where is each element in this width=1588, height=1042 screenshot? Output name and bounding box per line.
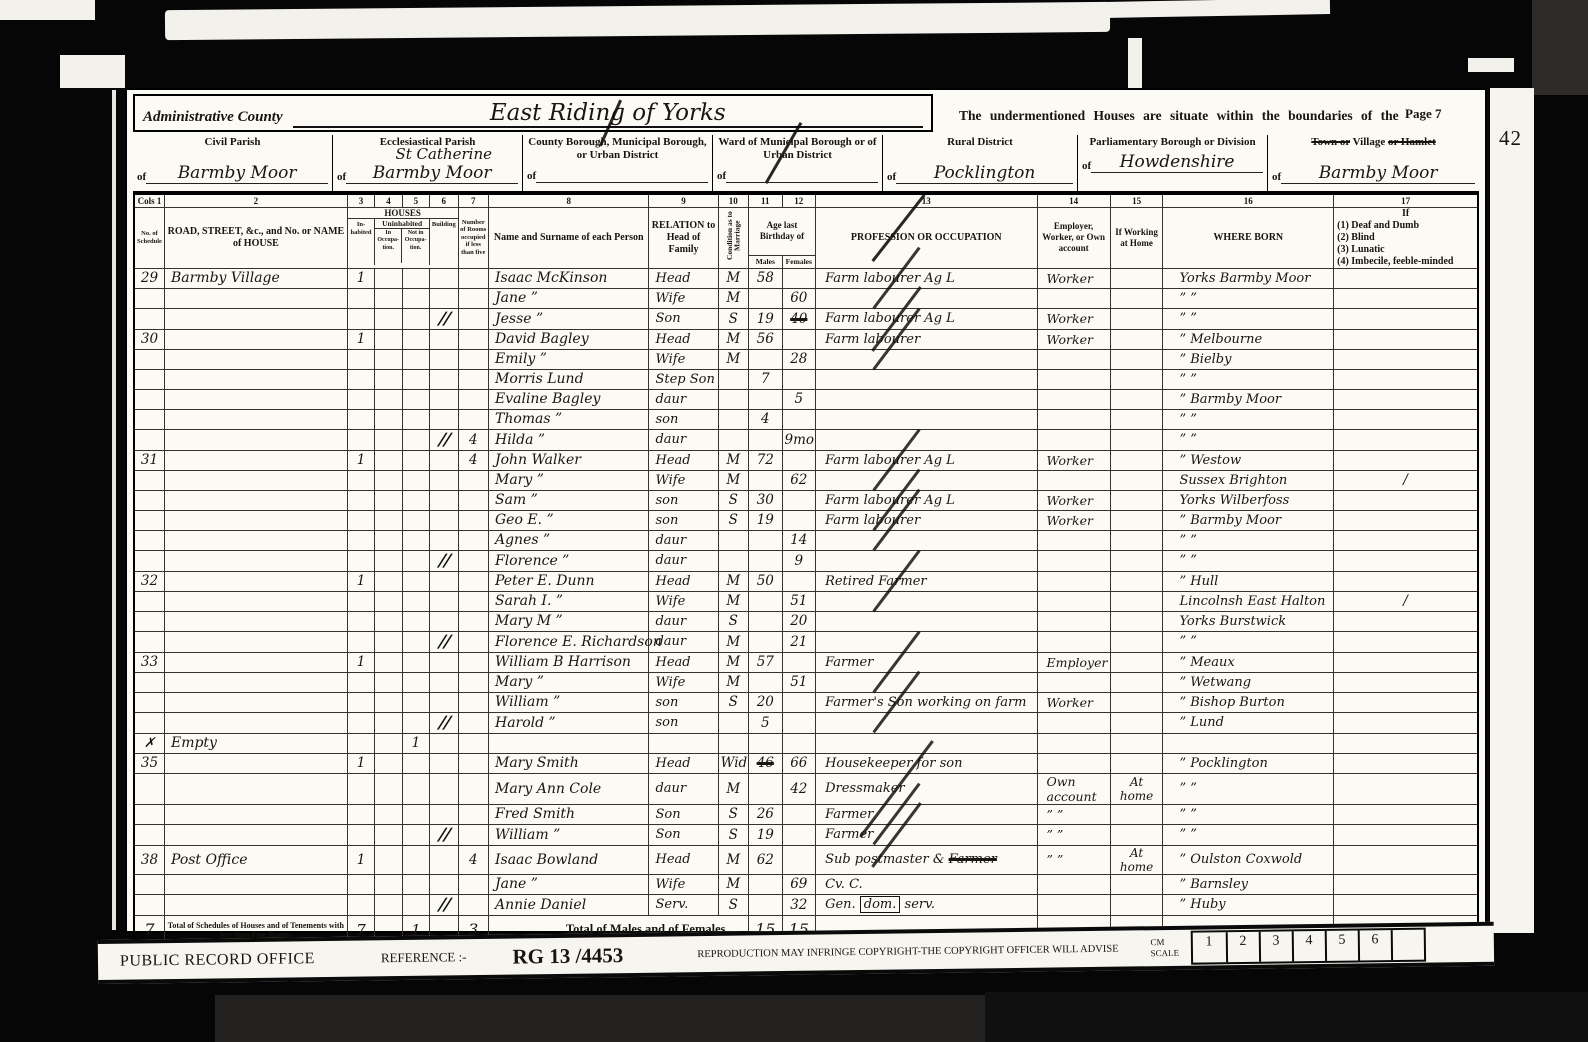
cell-name xyxy=(488,733,649,753)
cell-age-female: 14 xyxy=(782,530,816,550)
cell-schedule xyxy=(134,389,164,409)
of-label: of xyxy=(337,171,346,184)
cell-relation: Wife xyxy=(649,591,718,611)
cell-home xyxy=(1110,268,1163,288)
cell-condition: M xyxy=(718,571,748,591)
cell-in-occupation xyxy=(375,450,402,470)
header-employer: Employer, Worker, or Own account xyxy=(1037,207,1110,268)
cell-relation: son xyxy=(649,510,718,530)
cell-rooms xyxy=(458,288,488,308)
cell-schedule: 31 xyxy=(134,450,164,470)
administrative-county-box: Administrative County East Riding of Yor… xyxy=(133,94,933,132)
cell-not-in-occupation xyxy=(402,369,429,389)
ruler-cell: 6 xyxy=(1357,930,1390,960)
cell-occupation: Retired Farmer xyxy=(816,571,1037,591)
cell-name: Isaac Bowland xyxy=(488,845,649,874)
cell-infirmity xyxy=(1334,733,1478,753)
cell-employer xyxy=(1037,672,1110,692)
cell-rooms xyxy=(458,733,488,753)
cell-schedule xyxy=(134,409,164,429)
rural-district-label: Rural District xyxy=(887,136,1073,149)
cell-inhabited xyxy=(347,369,374,389)
cell-age-male xyxy=(749,550,783,571)
cell-name: Peter E. Dunn xyxy=(488,571,649,591)
cell-road xyxy=(164,470,347,490)
cell-in-occupation xyxy=(375,288,402,308)
cell-born: Sussex Brighton xyxy=(1163,470,1334,490)
cell-relation: son xyxy=(649,409,718,429)
cell-rooms xyxy=(458,894,488,915)
scan-artifact xyxy=(165,2,1110,40)
cell-name: John Walker xyxy=(488,450,649,470)
of-label: of xyxy=(1272,171,1281,184)
copyright-warning: REPRODUCTION MAY INFRINGE COPYRIGHT-THE … xyxy=(697,943,1118,960)
cell-age-male xyxy=(749,631,783,652)
cell-name: Evaline Bagley xyxy=(488,389,649,409)
cell-relation: daur xyxy=(649,429,718,450)
cell-condition: S xyxy=(718,308,748,329)
cell-employer: Worker xyxy=(1037,490,1110,510)
administrative-county-label: Administrative County xyxy=(143,109,283,128)
cell-relation: Head xyxy=(649,845,718,874)
cell-occupation xyxy=(816,733,1037,753)
cell-not-in-occupation xyxy=(402,773,429,804)
cell-age-male: 19 xyxy=(749,824,783,845)
cell-rooms xyxy=(458,550,488,571)
cell-born: ” ” xyxy=(1163,631,1334,652)
cell-in-occupation xyxy=(375,773,402,804)
cell-name: William ” xyxy=(488,824,649,845)
cell-age-female: 20 xyxy=(782,611,816,631)
cell-name: David Bagley xyxy=(488,329,649,349)
cell-building xyxy=(430,389,458,409)
cell-in-occupation xyxy=(375,824,402,845)
cell-not-in-occupation xyxy=(402,389,429,409)
cell-building: // xyxy=(430,631,458,652)
cell-road xyxy=(164,631,347,652)
census-row: //Annie DanielServ.S32Gen. dom. serv.” H… xyxy=(134,894,1478,915)
header-road: ROAD, STREET, &c., and No. or NAME of HO… xyxy=(164,207,347,268)
cell-relation: Head xyxy=(649,268,718,288)
cell-rooms xyxy=(458,631,488,652)
cell-occupation xyxy=(816,369,1037,389)
cell-inhabited xyxy=(347,672,374,692)
cell-infirmity: / xyxy=(1334,591,1478,611)
cell-employer xyxy=(1037,349,1110,369)
cell-age-male xyxy=(749,672,783,692)
cell-rooms: 4 xyxy=(458,429,488,450)
cell-age-female xyxy=(782,329,816,349)
cell-road xyxy=(164,490,347,510)
cell-building xyxy=(430,652,458,672)
cell-building xyxy=(430,611,458,631)
census-row: Jane ”WifeM60” ” xyxy=(134,288,1478,308)
infirmity-line: (2) Blind xyxy=(1337,232,1474,244)
cell-born: ” ” xyxy=(1163,804,1334,824)
rural-district-box: Rural District of Pocklington xyxy=(883,135,1078,191)
cell-home xyxy=(1110,631,1163,652)
parliamentary-borough-value: Howdenshire xyxy=(1091,152,1263,173)
cell-in-occupation xyxy=(375,692,402,712)
cell-inhabited xyxy=(347,470,374,490)
reference-label: REFERENCE :- xyxy=(381,949,467,966)
cell-building: // xyxy=(430,429,458,450)
cell-name: Isaac McKinson xyxy=(488,268,649,288)
cell-name: Fred Smith xyxy=(488,804,649,824)
cell-occupation xyxy=(816,429,1037,450)
cell-employer xyxy=(1037,874,1110,894)
ward-box: Ward of Municipal Borough or of Urban Di… xyxy=(713,135,883,191)
cell-building xyxy=(430,470,458,490)
cell-in-occupation xyxy=(375,894,402,915)
cell-schedule xyxy=(134,349,164,369)
cell-employer: Worker xyxy=(1037,308,1110,329)
cell-relation: daur xyxy=(649,389,718,409)
cell-infirmity: / xyxy=(1334,470,1478,490)
cell-employer: ” ” xyxy=(1037,804,1110,824)
cell-occupation: Dressmaker xyxy=(816,773,1037,804)
cell-infirmity xyxy=(1334,712,1478,733)
cell-name: Thomas ” xyxy=(488,409,649,429)
cell-home xyxy=(1110,470,1163,490)
cell-occupation xyxy=(816,591,1037,611)
cell-building xyxy=(430,450,458,470)
cell-name: Hilda ” xyxy=(488,429,649,450)
cell-road xyxy=(164,329,347,349)
cell-born: ” ” xyxy=(1163,369,1334,389)
cell-infirmity xyxy=(1334,672,1478,692)
cell-occupation: Gen. dom. serv. xyxy=(816,894,1037,915)
cell-relation: Wife xyxy=(649,470,718,490)
col-number: Cols 1 xyxy=(134,194,164,207)
cell-road: Post Office xyxy=(164,845,347,874)
cell-relation: Head xyxy=(649,753,718,773)
cell-rooms xyxy=(458,804,488,824)
cell-name: Jane ” xyxy=(488,874,649,894)
cell-condition xyxy=(718,409,748,429)
cell-condition: M xyxy=(718,450,748,470)
cell-schedule xyxy=(134,894,164,915)
cell-in-occupation xyxy=(375,631,402,652)
cell-condition xyxy=(718,550,748,571)
cell-occupation xyxy=(816,349,1037,369)
cell-name: Annie Daniel xyxy=(488,894,649,915)
cell-age-male: 62 xyxy=(749,845,783,874)
col-number: 3 xyxy=(347,194,374,207)
cell-road xyxy=(164,288,347,308)
cell-building xyxy=(430,530,458,550)
rural-district-value: Pocklington xyxy=(896,163,1073,184)
cell-in-occupation xyxy=(375,571,402,591)
cell-born xyxy=(1163,733,1334,753)
cell-rooms xyxy=(458,349,488,369)
cell-relation: Son xyxy=(649,824,718,845)
cell-age-female: 40 xyxy=(782,308,816,329)
cell-employer: Employer xyxy=(1037,652,1110,672)
cell-in-occupation xyxy=(375,712,402,733)
cell-building xyxy=(430,349,458,369)
cell-not-in-occupation xyxy=(402,652,429,672)
cell-building: // xyxy=(430,894,458,915)
census-row: 321Peter E. DunnHeadM50Retired Farmer” H… xyxy=(134,571,1478,591)
of-label: of xyxy=(527,170,536,183)
cell-born: Lincolnsh East Halton xyxy=(1163,591,1334,611)
cell-not-in-occupation xyxy=(402,804,429,824)
cell-inhabited xyxy=(347,349,374,369)
cell-schedule: 38 xyxy=(134,845,164,874)
cell-condition: M xyxy=(718,874,748,894)
cell-home xyxy=(1110,652,1163,672)
cell-condition: S xyxy=(718,824,748,845)
header-rooms: Number of Rooms occupied if less than fi… xyxy=(458,207,488,268)
cell-occupation xyxy=(816,470,1037,490)
cell-building xyxy=(430,369,458,389)
cell-name: William B Harrison xyxy=(488,652,649,672)
cell-age-male xyxy=(749,874,783,894)
cell-occupation: Farmer xyxy=(816,804,1037,824)
cell-condition: M xyxy=(718,845,748,874)
cell-building: // xyxy=(430,308,458,329)
cell-employer xyxy=(1037,753,1110,773)
cell-occupation xyxy=(816,288,1037,308)
cell-employer: Worker xyxy=(1037,329,1110,349)
header-inhabited: In-habited xyxy=(348,219,375,265)
cell-age-male: 50 xyxy=(749,571,783,591)
cell-relation: Head xyxy=(649,329,718,349)
census-row: 29Barmby Village1Isaac McKinsonHeadM58Fa… xyxy=(134,268,1478,288)
cell-name: Mary Smith xyxy=(488,753,649,773)
cell-building xyxy=(430,510,458,530)
col-number: 10 xyxy=(718,194,748,207)
cell-schedule xyxy=(134,804,164,824)
cell-employer: Own account xyxy=(1037,773,1110,804)
header-females: Females xyxy=(782,255,816,268)
scan-artifact xyxy=(60,55,125,88)
town-village-value: Barmby Moor xyxy=(1281,163,1475,184)
cell-road xyxy=(164,530,347,550)
cell-schedule xyxy=(134,611,164,631)
cell-relation: son xyxy=(649,490,718,510)
county-borough-label: County Borough, Municipal Borough, or Ur… xyxy=(527,136,708,161)
cell-not-in-occupation xyxy=(402,894,429,915)
cell-age-male: 19 xyxy=(749,510,783,530)
col-number: 4 xyxy=(375,194,402,207)
of-label: of xyxy=(137,171,146,184)
cell-age-male: 72 xyxy=(749,450,783,470)
cell-born: ” ” xyxy=(1163,429,1334,450)
cell-age-female: 60 xyxy=(782,288,816,308)
cell-rooms xyxy=(458,712,488,733)
cell-in-occupation xyxy=(375,409,402,429)
census-row: ✗Empty1 xyxy=(134,733,1478,753)
cell-inhabited xyxy=(347,530,374,550)
census-row: 331William B HarrisonHeadM57FarmerEmploy… xyxy=(134,652,1478,672)
cell-rooms xyxy=(458,652,488,672)
cell-inhabited xyxy=(347,773,374,804)
cell-born: ” Huby xyxy=(1163,894,1334,915)
cell-home xyxy=(1110,672,1163,692)
cell-born: ” Lund xyxy=(1163,712,1334,733)
cell-home xyxy=(1110,591,1163,611)
census-row: Fred SmithSonS26Farmer” ”” ” xyxy=(134,804,1478,824)
cell-in-occupation xyxy=(375,611,402,631)
cell-rooms xyxy=(458,268,488,288)
cell-home xyxy=(1110,530,1163,550)
census-row: Morris LundStep Son7” ” xyxy=(134,369,1478,389)
cell-condition xyxy=(718,530,748,550)
civil-parish-label: Civil Parish xyxy=(137,136,328,149)
cell-condition: Wid xyxy=(718,753,748,773)
cell-in-occupation xyxy=(375,672,402,692)
cell-home xyxy=(1110,349,1163,369)
cell-schedule xyxy=(134,369,164,389)
cell-in-occupation xyxy=(375,268,402,288)
cell-home xyxy=(1110,329,1163,349)
cell-schedule xyxy=(134,429,164,450)
cell-relation: daur xyxy=(649,773,718,804)
cell-infirmity xyxy=(1334,329,1478,349)
cell-home xyxy=(1110,308,1163,329)
undermentioned-text: The undermentioned Houses are situate wi… xyxy=(933,94,1405,132)
cell-infirmity xyxy=(1334,450,1478,470)
ecclesiastical-parish-box: Ecclesiastical Parish St Catherine of Ba… xyxy=(333,135,523,191)
cell-name: Mary M ” xyxy=(488,611,649,631)
cell-infirmity xyxy=(1334,631,1478,652)
county-borough-box: County Borough, Municipal Borough, or Ur… xyxy=(523,135,713,191)
header-houses: HOUSES In-habited Uninhabited In Occupa-… xyxy=(347,207,458,268)
infirmity-line: (3) Lunatic xyxy=(1337,244,1474,256)
cell-home xyxy=(1110,894,1163,915)
ecclesiastical-parish-value-line1: St Catherine xyxy=(395,145,492,163)
cell-age-female: 66 xyxy=(782,753,816,773)
film-edge-strip: 42 xyxy=(1490,88,1534,933)
ecclesiastical-parish-value: Barmby Moor xyxy=(346,163,518,184)
cell-not-in-occupation xyxy=(402,329,429,349)
ward-value xyxy=(726,164,878,183)
cell-inhabited: 1 xyxy=(347,652,374,672)
cell-not-in-occupation xyxy=(402,591,429,611)
parliamentary-borough-box: Parliamentary Borough or Division of How… xyxy=(1078,135,1268,191)
scan-artifact xyxy=(1128,38,1142,88)
column-number-row: Cols 1 2 3 4 5 6 7 8 9 10 11 12 13 14 15… xyxy=(134,194,1478,207)
cell-age-female xyxy=(782,571,816,591)
cell-in-occupation xyxy=(375,652,402,672)
cell-name: Agnes ” xyxy=(488,530,649,550)
civil-parish-box: Civil Parish of Barmby Moor xyxy=(133,135,333,191)
cell-building xyxy=(430,845,458,874)
cell-condition: M xyxy=(718,591,748,611)
cell-age-female xyxy=(782,804,816,824)
cell-occupation xyxy=(816,409,1037,429)
cell-building xyxy=(430,409,458,429)
cell-condition xyxy=(718,369,748,389)
cell-occupation xyxy=(816,631,1037,652)
cell-age-female: 9 xyxy=(782,550,816,571)
cell-condition xyxy=(718,389,748,409)
census-row: Thomas ”son4” ” xyxy=(134,409,1478,429)
town-village-label: Town or Village or Hamlet xyxy=(1272,136,1475,149)
cell-road xyxy=(164,510,347,530)
cell-in-occupation xyxy=(375,550,402,571)
cell-schedule xyxy=(134,470,164,490)
cell-road xyxy=(164,874,347,894)
cell-employer: ” ” xyxy=(1037,845,1110,874)
cell-home xyxy=(1110,490,1163,510)
cell-condition: M xyxy=(718,329,748,349)
scan-artifact xyxy=(985,992,1588,1042)
cell-inhabited: 1 xyxy=(347,450,374,470)
cell-age-male: 30 xyxy=(749,490,783,510)
cell-schedule: ✗ xyxy=(134,733,164,753)
cell-infirmity xyxy=(1334,753,1478,773)
cell-not-in-occupation xyxy=(402,712,429,733)
col-number: 8 xyxy=(488,194,649,207)
cell-age-female: 62 xyxy=(782,470,816,490)
cell-age-male xyxy=(749,611,783,631)
ruler-cell-empty xyxy=(1390,930,1423,960)
cell-name: Florence ” xyxy=(488,550,649,571)
cell-road xyxy=(164,349,347,369)
cell-name: Emily ” xyxy=(488,349,649,369)
cell-road xyxy=(164,712,347,733)
cell-inhabited xyxy=(347,308,374,329)
cm-ruler: 123456 xyxy=(1190,928,1425,965)
cell-not-in-occupation xyxy=(402,845,429,874)
cell-in-occupation xyxy=(375,349,402,369)
cell-infirmity xyxy=(1334,490,1478,510)
cell-born: ” ” xyxy=(1163,530,1334,550)
cell-condition xyxy=(718,429,748,450)
page-header: Administrative County East Riding of Yor… xyxy=(133,94,1479,132)
cell-age-male xyxy=(749,773,783,804)
cell-schedule xyxy=(134,510,164,530)
cell-schedule xyxy=(134,490,164,510)
cell-age-female: 42 xyxy=(782,773,816,804)
cell-schedule xyxy=(134,672,164,692)
cell-in-occupation xyxy=(375,329,402,349)
cell-condition: S xyxy=(718,692,748,712)
header-building: Building xyxy=(430,219,457,265)
cell-inhabited xyxy=(347,550,374,571)
cell-inhabited xyxy=(347,409,374,429)
cell-employer xyxy=(1037,369,1110,389)
cell-born: ” Westow xyxy=(1163,450,1334,470)
cell-occupation: Farmer xyxy=(816,824,1037,845)
scan-artifact xyxy=(0,0,95,20)
cell-road xyxy=(164,692,347,712)
cell-born: ” Hull xyxy=(1163,571,1334,591)
cell-infirmity xyxy=(1334,510,1478,530)
cell-occupation: Cv. C. xyxy=(816,874,1037,894)
header-infirmity: If (1) Deaf and Dumb (2) Blind (3) Lunat… xyxy=(1334,207,1478,268)
cell-age-male: 20 xyxy=(749,692,783,712)
cell-home xyxy=(1110,369,1163,389)
cell-road xyxy=(164,450,347,470)
cell-born: ” Oulston Coxwold xyxy=(1163,845,1334,874)
ward-label: Ward of Municipal Borough or of Urban Di… xyxy=(717,136,878,161)
ruler-cell: 3 xyxy=(1258,931,1291,961)
cell-building xyxy=(430,490,458,510)
county-borough-value xyxy=(536,164,708,183)
cell-home xyxy=(1110,874,1163,894)
cell-inhabited xyxy=(347,804,374,824)
cell-inhabited xyxy=(347,733,374,753)
cell-inhabited xyxy=(347,288,374,308)
cell-rooms xyxy=(458,672,488,692)
col-number: 9 xyxy=(649,194,718,207)
frame-number: 42 xyxy=(1499,126,1534,151)
cell-infirmity xyxy=(1334,369,1478,389)
